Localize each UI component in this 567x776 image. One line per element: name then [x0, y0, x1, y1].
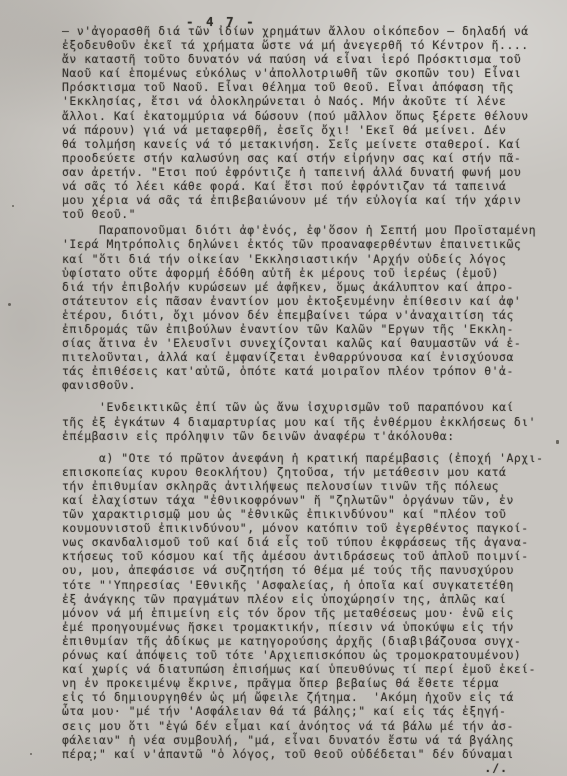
paragraph-complaint: Παραπονοῦμαι διότι ἀφ'ἑνός, ἐφ'ὅσον ἡ Σε…: [62, 223, 564, 392]
paper-speck: [556, 440, 559, 444]
paper-speck: [12, 205, 14, 207]
paragraph-continuation: — ν'ἀγορασθῆ διά τῶν ἰδίων χρημάτων ἄλλο…: [62, 24, 564, 221]
scanned-page: - 4 7 - — ν'ἀγορασθῆ διά τῶν ἰδίων χρημά…: [0, 0, 567, 776]
paper-speck: [8, 303, 11, 306]
letter-body: — ν'ἀγορασθῆ διά τῶν ἰδίων χρημάτων ἄλλο…: [62, 24, 564, 775]
continuation-mark: ./.: [62, 761, 564, 775]
paragraph-point-a: α) "Οτε τό πρῶτον ἀνεφάνη ἡ κρατική παρέ…: [62, 451, 564, 761]
paper-speck: [90, 759, 92, 761]
paper-speck: [30, 753, 32, 755]
paragraph-indicative: 'Ενδεικτικῶς ἐπί τῶν ὡς ἄνω ἰσχυρισμῶν τ…: [62, 400, 564, 442]
